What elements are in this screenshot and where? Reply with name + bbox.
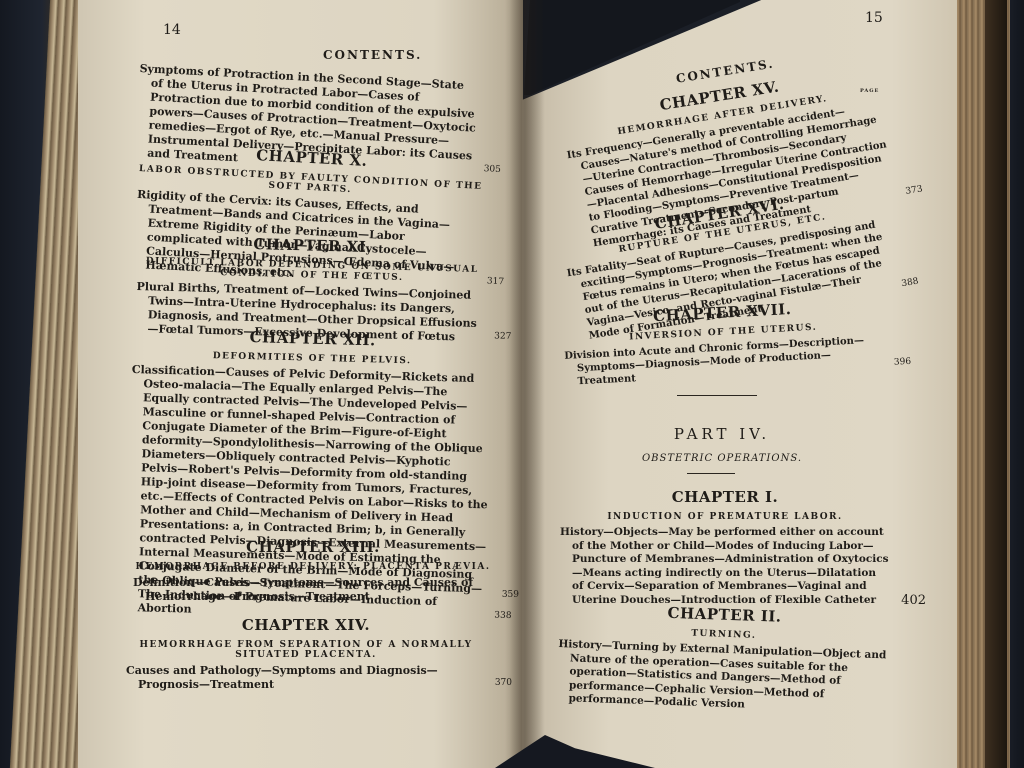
page-number: 15 (865, 10, 883, 26)
toc-part-iv-chapter-i: CHAPTER I. INDUCTION OF PREMATURE LABOR.… (560, 488, 890, 608)
right-page: 15 CONTENTS. PAGE CHAPTER XV. HEMORRHAGE… (522, 0, 957, 768)
entry-text: Causes and Pathology—Symptoms and Diagno… (126, 664, 486, 692)
chapter-heading: CHAPTER XIII. (133, 538, 493, 556)
entry-page: 388 (901, 277, 920, 290)
entry-page: 402 (901, 593, 926, 608)
chapter-subtitle: HEMORRHAGE FROM SEPARATION OF A NORMALLY… (126, 640, 486, 660)
entry-page: 373 (905, 184, 924, 197)
entry-text: History—Turning by External Manipulation… (556, 638, 888, 717)
running-head: CONTENTS. (323, 48, 422, 62)
entry-page: 317 (487, 276, 505, 287)
toc-part-iv-chapter-ii: CHAPTER II. TURNING. History—Turning by … (556, 600, 889, 717)
chapter-heading: CHAPTER I. (560, 488, 890, 506)
entry-page: 305 (483, 164, 501, 175)
left-page: 14 CONTENTS. Symptoms of Protraction in … (78, 0, 523, 768)
part-iv-heading: PART IV. OBSTETRIC OPERATIONS. (562, 425, 882, 464)
section-divider (677, 395, 757, 396)
chapter-subtitle: HEMORRHAGE BEFORE DELIVERY: PLACENTA PRÆ… (133, 562, 493, 572)
entry-text: Definition—Causes—Symptoms—Sources and C… (133, 576, 493, 604)
toc-chapter-xvii: CHAPTER XVII. INVERSION OF THE UTERUS. D… (562, 295, 886, 389)
part-subtitle: OBSTETRIC OPERATIONS. (562, 453, 882, 464)
chapter-subtitle: INDUCTION OF PREMATURE LABOR. (560, 512, 890, 522)
entry-text: History—Objects—May be performed either … (560, 526, 890, 607)
chapter-heading: CHAPTER XIV. (126, 616, 486, 634)
part-title: PART IV. (562, 425, 882, 443)
book-cover-edge (985, 0, 1007, 768)
toc-chapter-xiii: CHAPTER XIII. HEMORRHAGE BEFORE DELIVERY… (133, 538, 493, 604)
page-number: 14 (163, 22, 181, 38)
toc-chapter-xiv: CHAPTER XIV. HEMORRHAGE FROM SEPARATION … (126, 616, 486, 692)
gutter-shadow (505, 0, 545, 768)
entry-page: 396 (894, 357, 912, 368)
part-divider (687, 473, 735, 474)
